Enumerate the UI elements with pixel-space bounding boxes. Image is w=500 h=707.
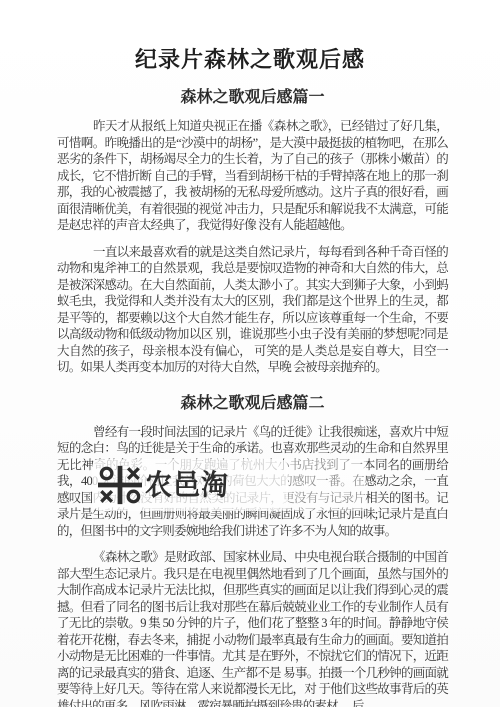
watermark: 农邑淘 — [92, 459, 288, 511]
paragraph-4: 《森林之歌》是财政部、国家林业局、中央电视台联合摄制的中国首部大型生态记录片。我… — [57, 549, 448, 707]
document-title: 纪录片森林之歌观后感 — [0, 0, 500, 74]
watermark-brand-text: 农邑淘 — [145, 471, 229, 499]
paragraph-1: 昨天才从报纸上知道央视正在播《森林之歌》，已经错过了好几集，可惜啊。昨晚播出的是… — [57, 118, 448, 234]
section-heading-2: 森林之歌观后感篇二 — [57, 394, 448, 414]
document-page: 纪录片森林之歌观后感 森林之歌观后感篇一 昨天才从报纸上知道央视正在播《森林之歌… — [0, 0, 500, 707]
watermark-fade-band — [286, 459, 366, 511]
mi-logo-icon — [98, 465, 142, 505]
document-content: 森林之歌观后感篇一 昨天才从报纸上知道央视正在播《森林之歌》，已经错过了好几集，… — [57, 88, 448, 707]
section-heading-1: 森林之歌观后感篇一 — [57, 88, 448, 108]
paragraph-2: 一直以来最喜欢看的就是这类自然记录片，每每看到各种千奇百怪的动物和鬼斧神工的自然… — [57, 244, 448, 376]
